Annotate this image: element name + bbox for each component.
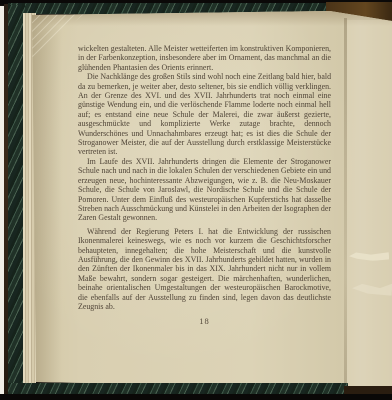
book-photo: wickelten gestalteten. Alle Meister wett… (0, 0, 392, 400)
paragraph: Die Nachklänge des großen Stils sind woh… (78, 72, 331, 157)
paragraph: Im Laufe des XVII. Jahrhunderts dringen … (78, 157, 331, 223)
paragraph: wickelten gestalteten. Alle Meister wett… (78, 44, 331, 72)
book-page: wickelten gestalteten. Alle Meister wett… (0, 0, 392, 400)
photo-frame-bottom (0, 394, 392, 400)
page-corner-sheets (32, 14, 84, 58)
paragraph: Während der Regierung Peters I. hat die … (78, 227, 331, 312)
page-text: wickelten gestalteten. Alle Meister wett… (78, 44, 331, 311)
page-number: 18 (78, 316, 331, 326)
page-edge-right (347, 20, 392, 386)
